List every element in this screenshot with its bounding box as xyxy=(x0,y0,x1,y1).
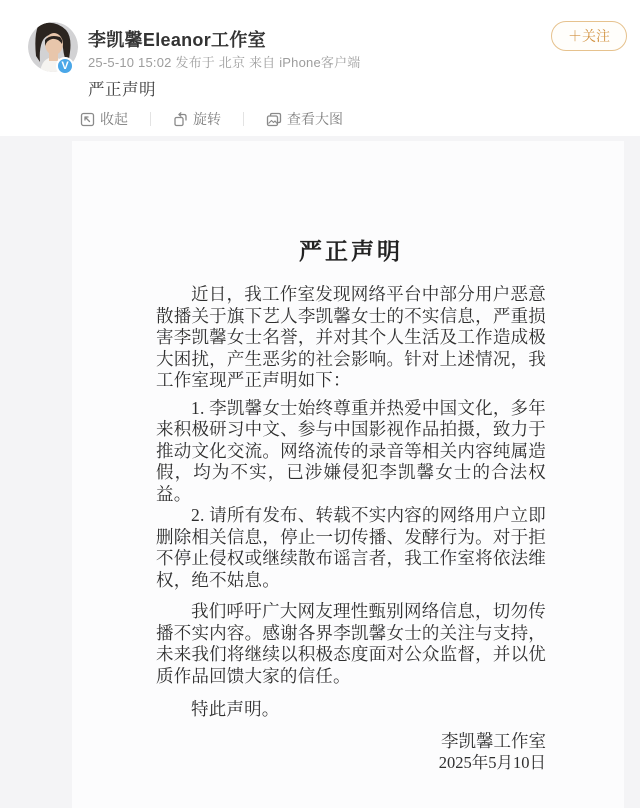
collapse-label: 收起 xyxy=(100,109,128,129)
signature: 李凯馨工作室 xyxy=(156,730,546,752)
rotate-label: 旋转 xyxy=(193,109,221,129)
statement-paragraph: 2. 请所有发布、转载不实内容的网络用户立即删除相关信息，停止一切传播、发酵行为… xyxy=(156,505,546,591)
collapse-button[interactable]: 收起 xyxy=(80,109,128,129)
statement-closing: 特此声明。 xyxy=(156,699,546,721)
weibo-post-page: V 李凯馨Eleanor工作室 25-5-10 15:02 发布于 北京 来自 … xyxy=(0,0,640,808)
toolbar-divider xyxy=(150,112,151,126)
post-meta: 25-5-10 15:02 发布于 北京 来自 iPhone客户端 xyxy=(88,52,360,71)
statement-paragraph: 我们呼吁广大网友理性甄别网络信息，切勿传播不实内容。感谢各界李凯馨女士的关注与支… xyxy=(156,601,546,687)
rotate-icon xyxy=(173,112,188,127)
post-header: V 李凯馨Eleanor工作室 25-5-10 15:02 发布于 北京 来自 … xyxy=(0,0,640,136)
author-name[interactable]: 李凯馨Eleanor工作室 xyxy=(88,26,266,52)
verified-badge-icon: V xyxy=(56,57,74,75)
toolbar-divider xyxy=(243,112,244,126)
image-toolbar: 收起 旋转 查看大图 xyxy=(80,108,343,130)
follow-button[interactable]: ＋关注 xyxy=(551,21,627,51)
statement-title: 严正声明 xyxy=(156,233,546,266)
signature-block: 李凯馨工作室 2025年5月10日 xyxy=(156,730,546,774)
view-large-icon xyxy=(266,112,282,127)
signature-date: 2025年5月10日 xyxy=(156,752,546,774)
rotate-button[interactable]: 旋转 xyxy=(173,109,221,129)
post-text: 严正声明 xyxy=(88,76,156,100)
avatar[interactable]: V xyxy=(28,22,78,72)
statement-image[interactable]: 严正声明 近日，我工作室发现网络平台中部分用户恶意散播关于旗下艺人李凯馨女士的不… xyxy=(0,136,640,808)
view-large-label: 查看大图 xyxy=(287,109,343,129)
view-large-button[interactable]: 查看大图 xyxy=(266,109,343,129)
statement-paper: 严正声明 近日，我工作室发现网络平台中部分用户恶意散播关于旗下艺人李凯馨女士的不… xyxy=(72,141,624,808)
statement-paragraph: 近日，我工作室发现网络平台中部分用户恶意散播关于旗下艺人李凯馨女士的不实信息，严… xyxy=(156,284,546,392)
collapse-icon xyxy=(80,112,95,127)
statement-paragraph: 1. 李凯馨女士始终尊重并热爱中国文化，多年来积极研习中文、参与中国影视作品拍摄… xyxy=(156,398,546,506)
